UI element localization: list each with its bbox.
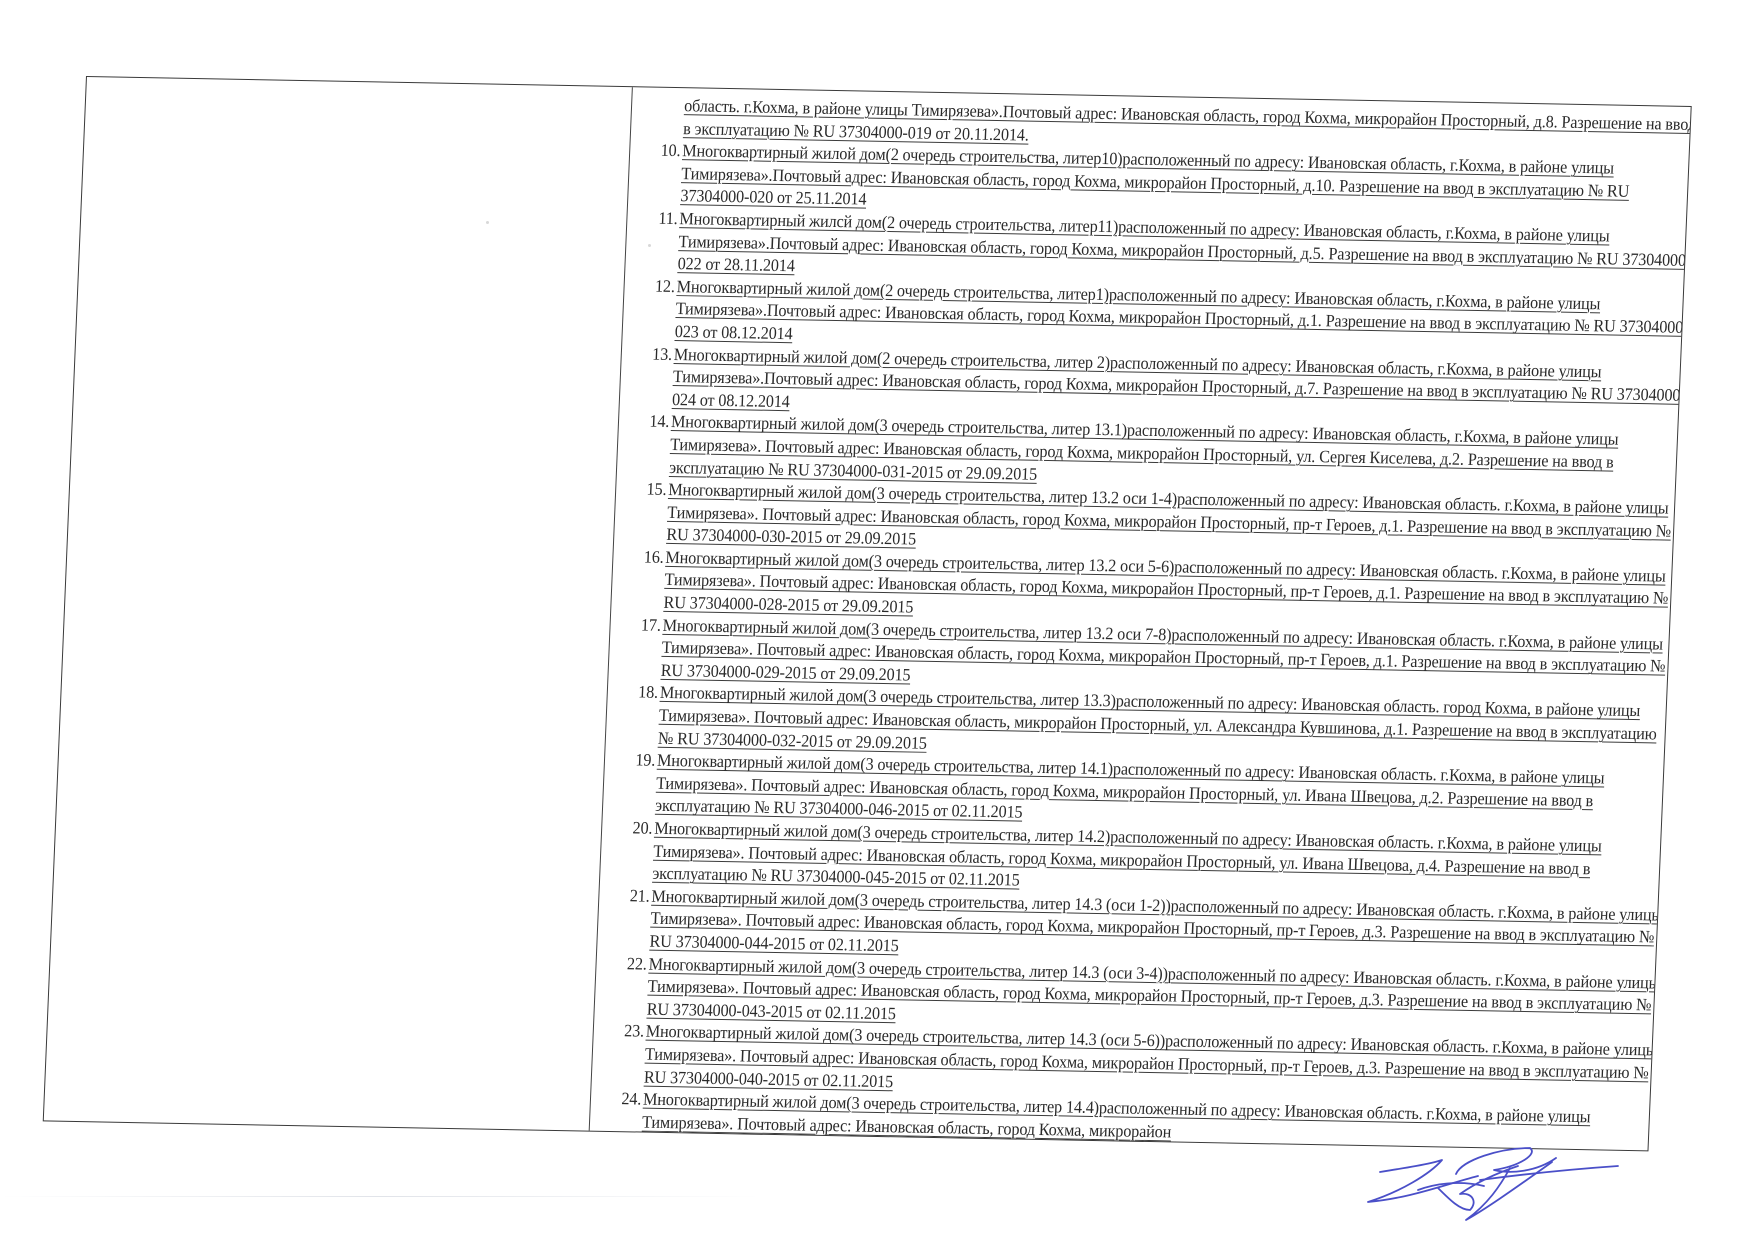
- document-table: область. г.Кохма, в районе улицы Тимиряз…: [43, 76, 1692, 1151]
- item-number: 15.: [631, 477, 667, 500]
- item-number: 17.: [625, 613, 661, 636]
- item-number: 20.: [617, 816, 653, 839]
- item-number: 14.: [633, 410, 669, 433]
- scan-speck: [648, 244, 651, 247]
- item-number: 21.: [614, 884, 650, 907]
- item-number: 10.: [645, 139, 681, 162]
- item-number: 24.: [605, 1087, 641, 1110]
- item-number: 13.: [636, 342, 672, 365]
- table-left-column: [44, 77, 633, 1131]
- item-number: 11.: [642, 206, 678, 229]
- scanned-page: область. г.Кохма, в районе улицы Тимиряз…: [0, 0, 1753, 1240]
- item-number: 18.: [622, 681, 658, 704]
- numbered-building-list: область. г.Кохма, в районе улицы Тимиряз…: [590, 93, 1683, 1150]
- item-number: 19.: [619, 748, 655, 771]
- scan-edge-shadow: [0, 1196, 760, 1197]
- item-number: 22.: [611, 952, 647, 975]
- scan-speck: [486, 221, 489, 224]
- table-right-column: область. г.Кохма, в районе улицы Тимиряз…: [590, 87, 1691, 1150]
- item-number: 23.: [608, 1019, 644, 1042]
- signature-icon: [1360, 1140, 1620, 1225]
- item-number: 12.: [639, 274, 675, 297]
- item-number: [647, 93, 682, 94]
- item-number: 16.: [628, 545, 664, 568]
